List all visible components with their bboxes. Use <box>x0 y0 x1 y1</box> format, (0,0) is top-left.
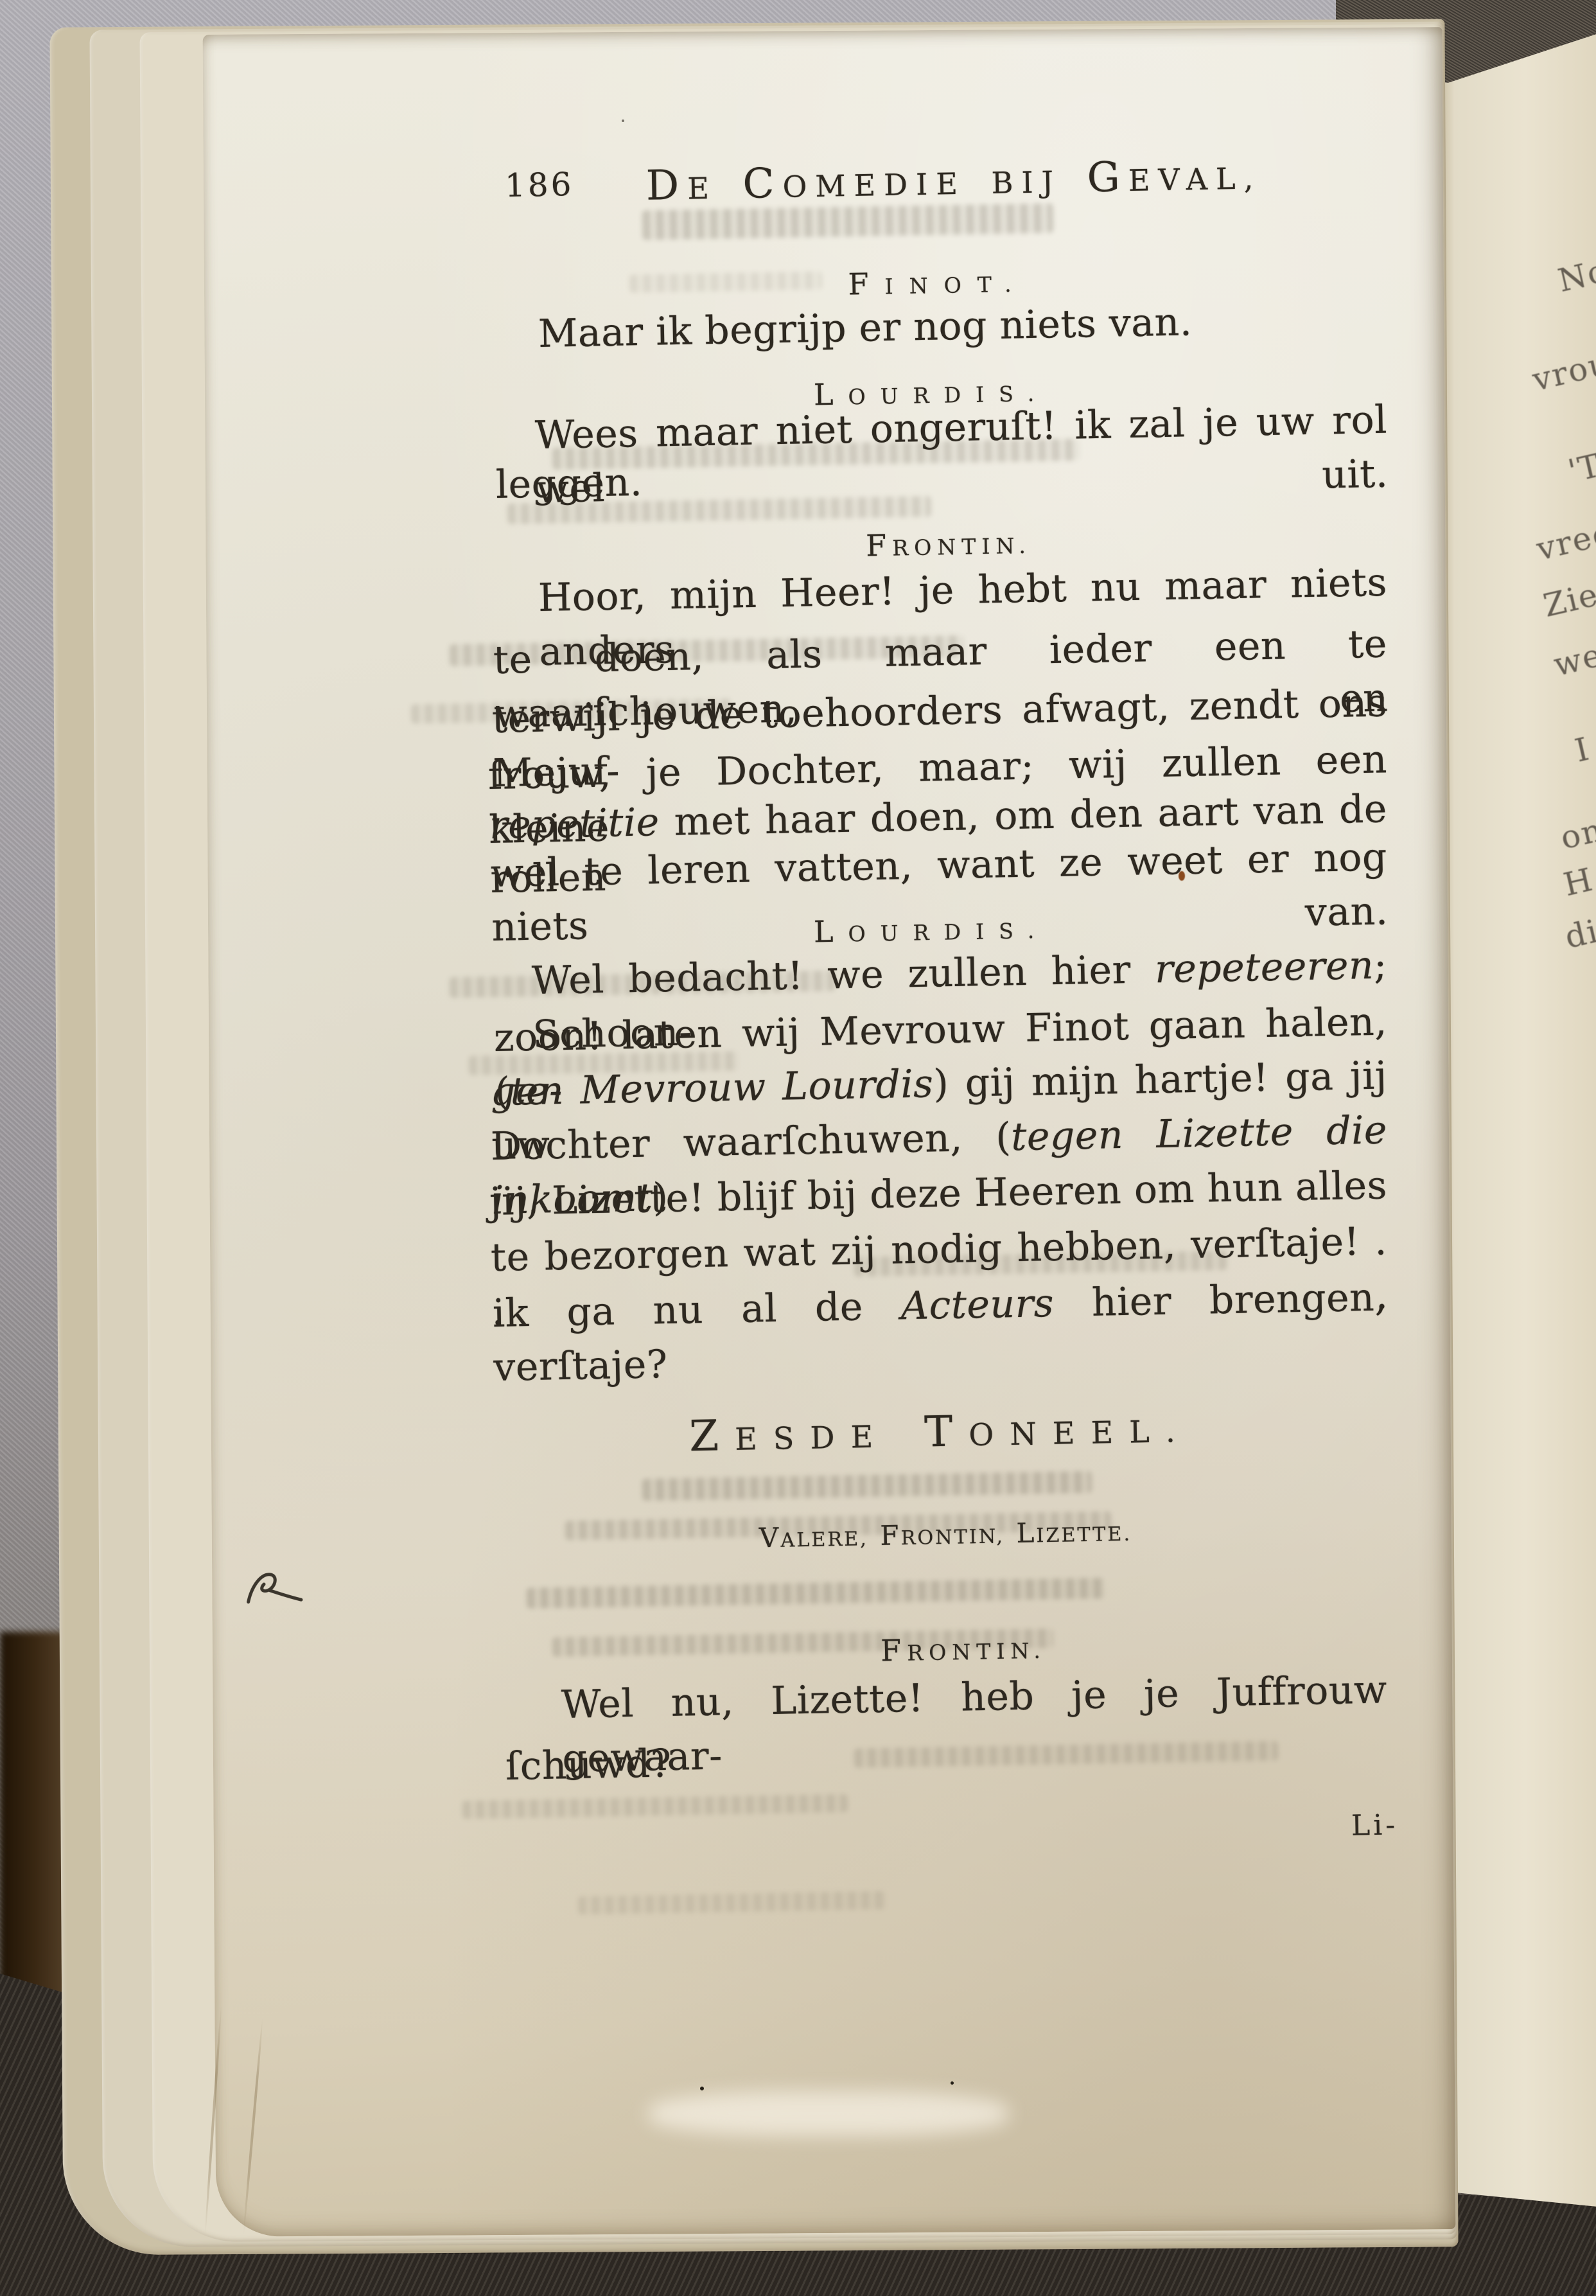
printed-text: 186 De Comedie bij Geval, Finot.Maar ik … <box>0 0 1596 2296</box>
cast-list: Valere, Frontin, Lizette. <box>759 1503 1132 1567</box>
book-page-photo: Novrouw'TvreeZieweIonHdi 186 De Comedie … <box>0 0 1596 2296</box>
dialogue-line: Wel nu, Lizette! heb je je Juffrouw gewa… <box>561 1663 1387 1732</box>
dialogue-text: jij, Lizette! blijf bij deze Heeren om h… <box>489 1163 1387 1224</box>
dialogue-line: leggen. <box>495 455 643 512</box>
dialogue-text: leggen. <box>495 460 642 508</box>
stage-direction-text: repetitie <box>489 800 660 848</box>
dialogue-text: Wel bedacht! we zullen hier <box>531 947 1155 1003</box>
dialogue-text: ik ga nu al de <box>492 1284 901 1336</box>
dialogue-line: Hoor, mijn Heer! je hebt nu maar niets a… <box>538 556 1387 625</box>
stage-direction-text: gen Mevrouw Lourdis <box>490 1061 934 1115</box>
page-number: 186 <box>504 160 574 210</box>
dialogue-text: Wees maar niet ongeruſt! ik zal je uw ro… <box>534 398 1389 512</box>
stage-direction-text: repeteeren <box>1154 943 1374 992</box>
dialogue-text: Maar ik begrijp er nog niets van. <box>538 299 1192 357</box>
running-title: De Comedie bij Geval, <box>645 146 1262 215</box>
scene-heading: Zesde Toneel. <box>688 1399 1191 1465</box>
dialogue-line: Maar ik begrijp er nog niets van. <box>538 295 1193 361</box>
dialogue-text: ſchuwd? <box>505 1741 672 1789</box>
dialogue-text: Wel nu, Lizette! heb je je Juffrouw gewa… <box>561 1667 1387 1781</box>
dialogue-text: Dochter waarſchuwen, ( <box>490 1115 1012 1169</box>
stage-direction-text: Acteurs <box>900 1281 1054 1329</box>
dialogue-line: Wees maar niet ongeruſt! ik zal je uw ro… <box>534 393 1387 463</box>
catchword: Li- <box>1351 1798 1399 1853</box>
dialogue-line: ſchuwd? <box>505 1736 672 1794</box>
